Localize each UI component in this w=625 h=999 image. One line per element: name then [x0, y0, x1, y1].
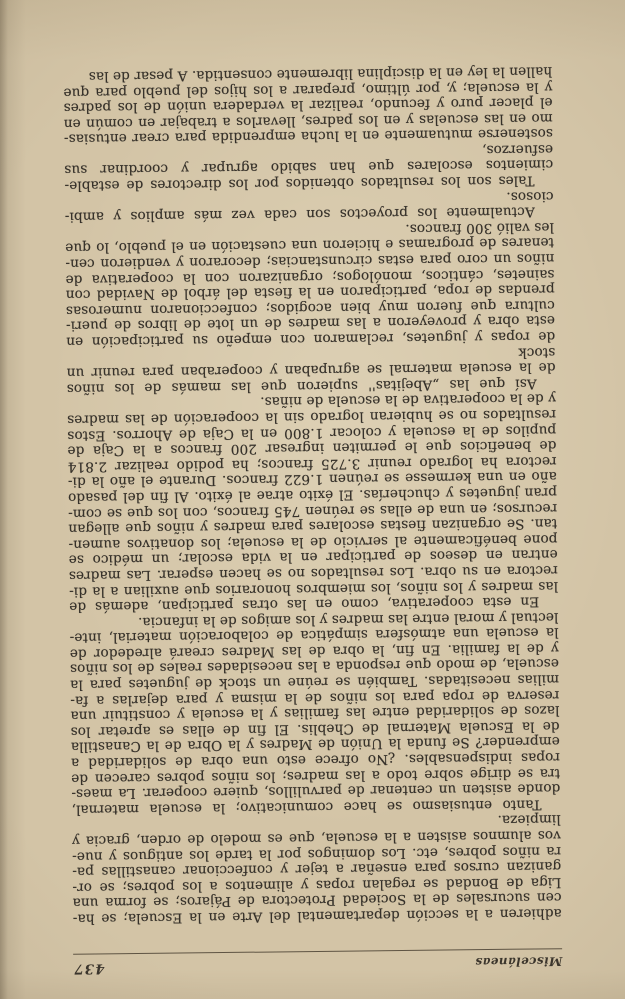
running-head: Misceláneas 437: [73, 948, 562, 975]
text-line: cimientos escolares que han sabido agrup…: [64, 141, 553, 178]
text-block: adhieren a la sección departamental del …: [63, 63, 562, 926]
scanned-page: Misceláneas 437 adhieren a la sección de…: [0, 0, 625, 999]
page-number: 437: [73, 960, 104, 976]
page-content: Misceláneas 437 adhieren a la sección de…: [0, 0, 625, 999]
section-label: Misceláneas: [475, 954, 562, 969]
